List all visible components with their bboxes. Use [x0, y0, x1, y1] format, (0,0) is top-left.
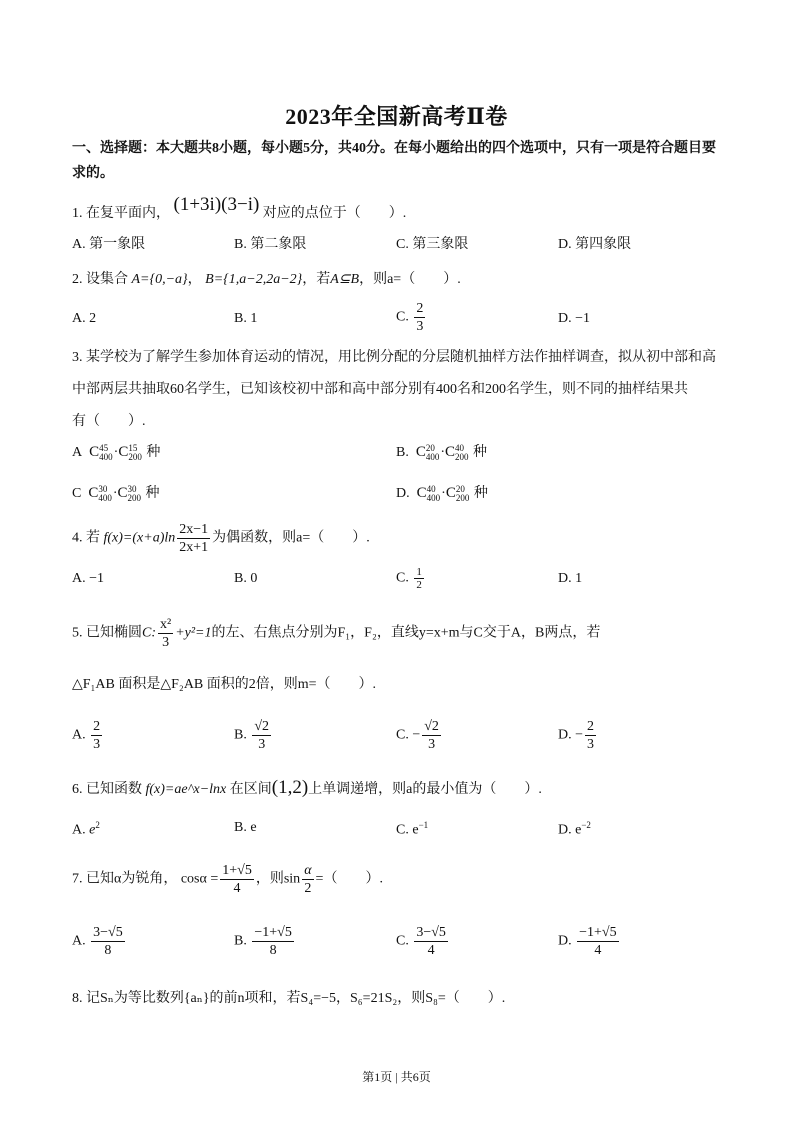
option-a[interactable]: A. e2 — [72, 820, 100, 839]
option-b[interactable]: B. 1 — [234, 311, 257, 327]
option-c[interactable]: C. −√23 — [396, 718, 443, 753]
option-label: D. — [558, 311, 572, 326]
question-5-line-1: 5. 已知椭圆C:x²3+y²=1的左、右焦点分别为F₁，F₂，直线y=x+m与… — [72, 616, 600, 651]
option-d[interactable]: D. −23 — [558, 718, 598, 753]
sign: − — [575, 728, 583, 743]
math-expression: A⊆B — [330, 272, 359, 287]
denominator: 4 — [232, 880, 243, 897]
option-b[interactable]: B. −1+√58 — [234, 924, 296, 959]
denominator: 3 — [426, 736, 437, 753]
option-c[interactable]: C. e−1 — [396, 820, 428, 839]
option-label: C. — [396, 728, 409, 743]
option-label: D. — [558, 823, 572, 838]
numerator: −1+√5 — [577, 924, 618, 942]
denominator: 3 — [585, 736, 596, 753]
numerator: 2x−1 — [177, 521, 210, 539]
option-value: 第三象限 — [412, 237, 468, 252]
math-expression: A={0,−a} — [132, 272, 188, 287]
option-b[interactable]: B. 0 — [234, 571, 257, 587]
math-expression: B={1,a−2,2a−2} — [205, 272, 302, 287]
question-number: 6. — [72, 782, 83, 797]
math-expression: f(x)=ae^x−lnx — [146, 782, 227, 797]
option-value: 第四象限 — [575, 237, 631, 252]
subscript: 200 — [128, 494, 142, 503]
question-text: 在复平面内， — [86, 206, 170, 221]
question-number: 2. — [72, 272, 83, 287]
question-text: ，则a=（ ）. — [359, 272, 461, 287]
option-label: C. — [396, 310, 409, 325]
exponent: −1 — [419, 820, 429, 830]
option-a[interactable]: A C45400·C15200 种 — [72, 441, 160, 462]
question-number: 3. — [72, 350, 83, 365]
question-3-line-2: 中部两层共抽取60名学生，已知该校初中部和高中部分别有400名和200名学生，则… — [72, 378, 688, 398]
numerator: α — [302, 862, 313, 880]
question-2: 2. 设集合 A={0,−a}， B={1,a−2,2a−2}，若A⊆B，则a=… — [72, 268, 461, 288]
question-6: 6. 已知函数 f(x)=ae^x−lnx 在区间(1,2)上单调递增，则a的最… — [72, 777, 542, 799]
option-b[interactable]: B. e — [234, 820, 257, 836]
option-label: B. — [234, 820, 247, 835]
option-c[interactable]: C. 23 — [396, 300, 427, 335]
numerator: x² — [158, 616, 173, 634]
option-a[interactable]: A. 第一象限 — [72, 233, 145, 253]
numerator: 1+√5 — [220, 862, 254, 880]
math-expression: cosα = — [181, 872, 218, 887]
question-text: 记Sₙ为等比数列{aₙ}的前n项和，若S₄=−5，S₆=21S₂，则S₈=（ ）… — [86, 991, 505, 1006]
option-base: e — [250, 820, 256, 835]
option-label: A — [72, 445, 82, 460]
option-b[interactable]: B. √23 — [234, 718, 273, 753]
denominator: 4 — [592, 942, 603, 959]
question-text: 在区间 — [230, 782, 272, 797]
numerator: 1 — [414, 566, 424, 579]
fraction: 23 — [585, 718, 596, 753]
question-1: 1. 在复平面内， (1+3i)(3−i) 对应的点位于（ ）. — [72, 201, 406, 223]
denominator: 8 — [268, 942, 279, 959]
option-label: C. — [396, 823, 409, 838]
question-number: 1. — [72, 206, 83, 221]
combination: C40400 — [417, 485, 442, 503]
math-expression: C: — [142, 626, 156, 641]
question-number: 8. — [72, 991, 83, 1006]
combination: C30400 — [88, 485, 113, 503]
denominator: 3 — [91, 736, 102, 753]
question-text: 设集合 — [86, 272, 128, 287]
option-b[interactable]: B. 第二象限 — [234, 233, 306, 253]
option-value: 1 — [250, 311, 257, 326]
combination: C20400 — [416, 444, 441, 462]
question-text: 上单调递增，则a的最小值为（ ）. — [308, 782, 542, 797]
subscript: 200 — [128, 453, 142, 462]
option-d[interactable]: D. −1+√54 — [558, 924, 621, 959]
option-label: B. — [234, 728, 247, 743]
math-expression: +y²=1 — [175, 626, 211, 641]
question-text: 某学校为了解学生参加体育运动的情况，用比例分配的分层随机抽样方法作抽样调查，拟从… — [86, 350, 716, 365]
option-a[interactable]: A. 3−√58 — [72, 924, 127, 959]
denominator: 3 — [256, 736, 267, 753]
option-d[interactable]: D. e−2 — [558, 820, 591, 839]
denominator: 2 — [302, 880, 313, 897]
question-number: 4. — [72, 531, 83, 546]
combination: C15200 — [118, 444, 143, 462]
option-a[interactable]: A. −1 — [72, 571, 104, 587]
numerator: 2 — [414, 300, 425, 318]
fraction: x²3 — [158, 616, 173, 651]
option-label: B. — [234, 934, 247, 949]
option-c[interactable]: C. 3−√54 — [396, 924, 450, 959]
interval: (1,2) — [272, 777, 308, 798]
combination: C40200 — [445, 444, 470, 462]
option-label: A. — [72, 728, 86, 743]
option-b[interactable]: B. C20400·C40200 种 — [396, 441, 487, 462]
math-expression: (1+3i)(3−i) — [174, 194, 260, 215]
option-label: B. — [234, 237, 247, 252]
question-number: 5. — [72, 626, 83, 641]
page-footer: 第1页 | 共6页 — [0, 1068, 793, 1085]
option-label: C. — [396, 571, 409, 586]
option-c[interactable]: C. 第三象限 — [396, 233, 468, 253]
option-value: 第二象限 — [250, 237, 306, 252]
question-text: ，若 — [302, 272, 330, 287]
question-4: 4. 若 f(x)=(x+a)ln2x−12x+1为偶函数，则a=（ ）. — [72, 521, 370, 556]
option-label: C — [72, 486, 81, 501]
question-text: 为偶函数，则a=（ ）. — [212, 531, 370, 546]
question-3-line-3: 有（ ）. — [72, 410, 146, 430]
numerator: −1+√5 — [252, 924, 293, 942]
page-title: 2023年全国新高考Ⅱ卷 — [0, 100, 793, 131]
option-value: 1 — [575, 571, 582, 586]
question-text: 若 — [86, 531, 100, 546]
fraction: 12 — [414, 566, 424, 591]
subscript: 200 — [455, 453, 469, 462]
numerator: 2 — [585, 718, 596, 736]
option-label: B. — [396, 445, 409, 460]
numerator: 3−√5 — [414, 924, 448, 942]
option-label: A. — [72, 823, 86, 838]
numerator: √2 — [252, 718, 271, 736]
numerator: 3−√5 — [91, 924, 125, 942]
option-label: A. — [72, 571, 86, 586]
fraction: √23 — [422, 718, 441, 753]
question-5-line-2: △F₁AB 面积是△F₂AB 面积的2倍，则m=（ ）. — [72, 673, 376, 693]
combination: C30200 — [118, 485, 143, 503]
option-a[interactable]: A. 23 — [72, 718, 104, 753]
option-label: A. — [72, 934, 86, 949]
question-text: 已知函数 — [86, 782, 142, 797]
denominator: 4 — [426, 942, 437, 959]
option-d[interactable]: D. 1 — [558, 571, 582, 587]
option-value: −1 — [575, 311, 590, 326]
question-number: 7. — [72, 872, 83, 887]
question-8: 8. 记Sₙ为等比数列{aₙ}的前n项和，若S₄=−5，S₆=21S₂，则S₈=… — [72, 987, 505, 1007]
fraction: 3−√54 — [414, 924, 448, 959]
question-text: =（ ）. — [316, 872, 383, 887]
option-label: D. — [396, 486, 410, 501]
option-label: A. — [72, 237, 86, 252]
option-d[interactable]: D. C40400·C20200 种 — [396, 482, 488, 503]
option-label: B. — [234, 311, 247, 326]
question-text: 已知α为锐角， — [86, 872, 177, 887]
question-3-line-1: 3. 某学校为了解学生参加体育运动的情况，用比例分配的分层随机抽样方法作抽样调查… — [72, 346, 716, 366]
fraction: α2 — [302, 862, 313, 897]
option-label: C. — [396, 237, 409, 252]
option-label: D. — [558, 934, 572, 949]
combination: C45400 — [89, 444, 114, 462]
question-text: 已知椭圆 — [86, 626, 142, 641]
option-label: D. — [558, 571, 572, 586]
fraction: √23 — [252, 718, 271, 753]
denominator: 3 — [160, 634, 171, 651]
option-label: D. — [558, 728, 572, 743]
unit: 种 — [146, 445, 160, 460]
option-a[interactable]: A. 2 — [72, 311, 96, 327]
option-value: 第一象限 — [89, 237, 145, 252]
fraction: 23 — [91, 718, 102, 753]
exponent: 2 — [95, 820, 100, 830]
option-label: A. — [72, 311, 86, 326]
numerator: √2 — [422, 718, 441, 736]
option-c[interactable]: C C30400·C30200 种 — [72, 482, 160, 503]
option-value: −1 — [89, 571, 104, 586]
subscript: 400 — [426, 453, 440, 462]
subscript: 400 — [99, 453, 113, 462]
denominator: 2 — [414, 579, 424, 591]
question-text: 的左、右焦点分别为F₁，F₂，直线y=x+m与C交于A，B两点，若 — [212, 626, 601, 641]
fraction: 23 — [414, 300, 425, 335]
fraction: −1+√54 — [577, 924, 618, 959]
unit: 种 — [473, 445, 487, 460]
question-text: ，则 — [256, 872, 284, 887]
denominator: 3 — [414, 318, 425, 335]
exponent: −2 — [581, 820, 591, 830]
denominator: 2x+1 — [177, 539, 210, 556]
subscript: 400 — [427, 494, 441, 503]
fraction: 3−√58 — [91, 924, 125, 959]
math-expression: sin — [284, 872, 300, 887]
subscript: 200 — [456, 494, 470, 503]
unit: 种 — [146, 486, 160, 501]
option-value: 0 — [250, 571, 257, 586]
option-label: B. — [234, 571, 247, 586]
section-header: 一、选择题：本大题共8小题，每小题5分，共40分。在每小题给出的四个选项中，只有… — [72, 136, 722, 186]
option-label: D. — [558, 237, 572, 252]
fraction: 2x−12x+1 — [177, 521, 210, 556]
math-expression: f(x)=(x+a)ln — [104, 531, 176, 546]
sign: − — [412, 728, 420, 743]
numerator: 2 — [91, 718, 102, 736]
option-label: C. — [396, 934, 409, 949]
option-value: 2 — [89, 311, 96, 326]
question-text: 对应的点位于（ ）. — [263, 206, 407, 221]
question-7: 7. 已知α为锐角， cosα =1+√54，则sinα2=（ ）. — [72, 862, 383, 897]
subscript: 400 — [98, 494, 112, 503]
option-c[interactable]: C. 12 — [396, 566, 426, 591]
fraction: −1+√58 — [252, 924, 293, 959]
unit: 种 — [474, 486, 488, 501]
option-d[interactable]: D. 第四象限 — [558, 233, 631, 253]
combination: C20200 — [446, 485, 471, 503]
option-d[interactable]: D. −1 — [558, 311, 590, 327]
fraction: 1+√54 — [220, 862, 254, 897]
denominator: 8 — [102, 942, 113, 959]
